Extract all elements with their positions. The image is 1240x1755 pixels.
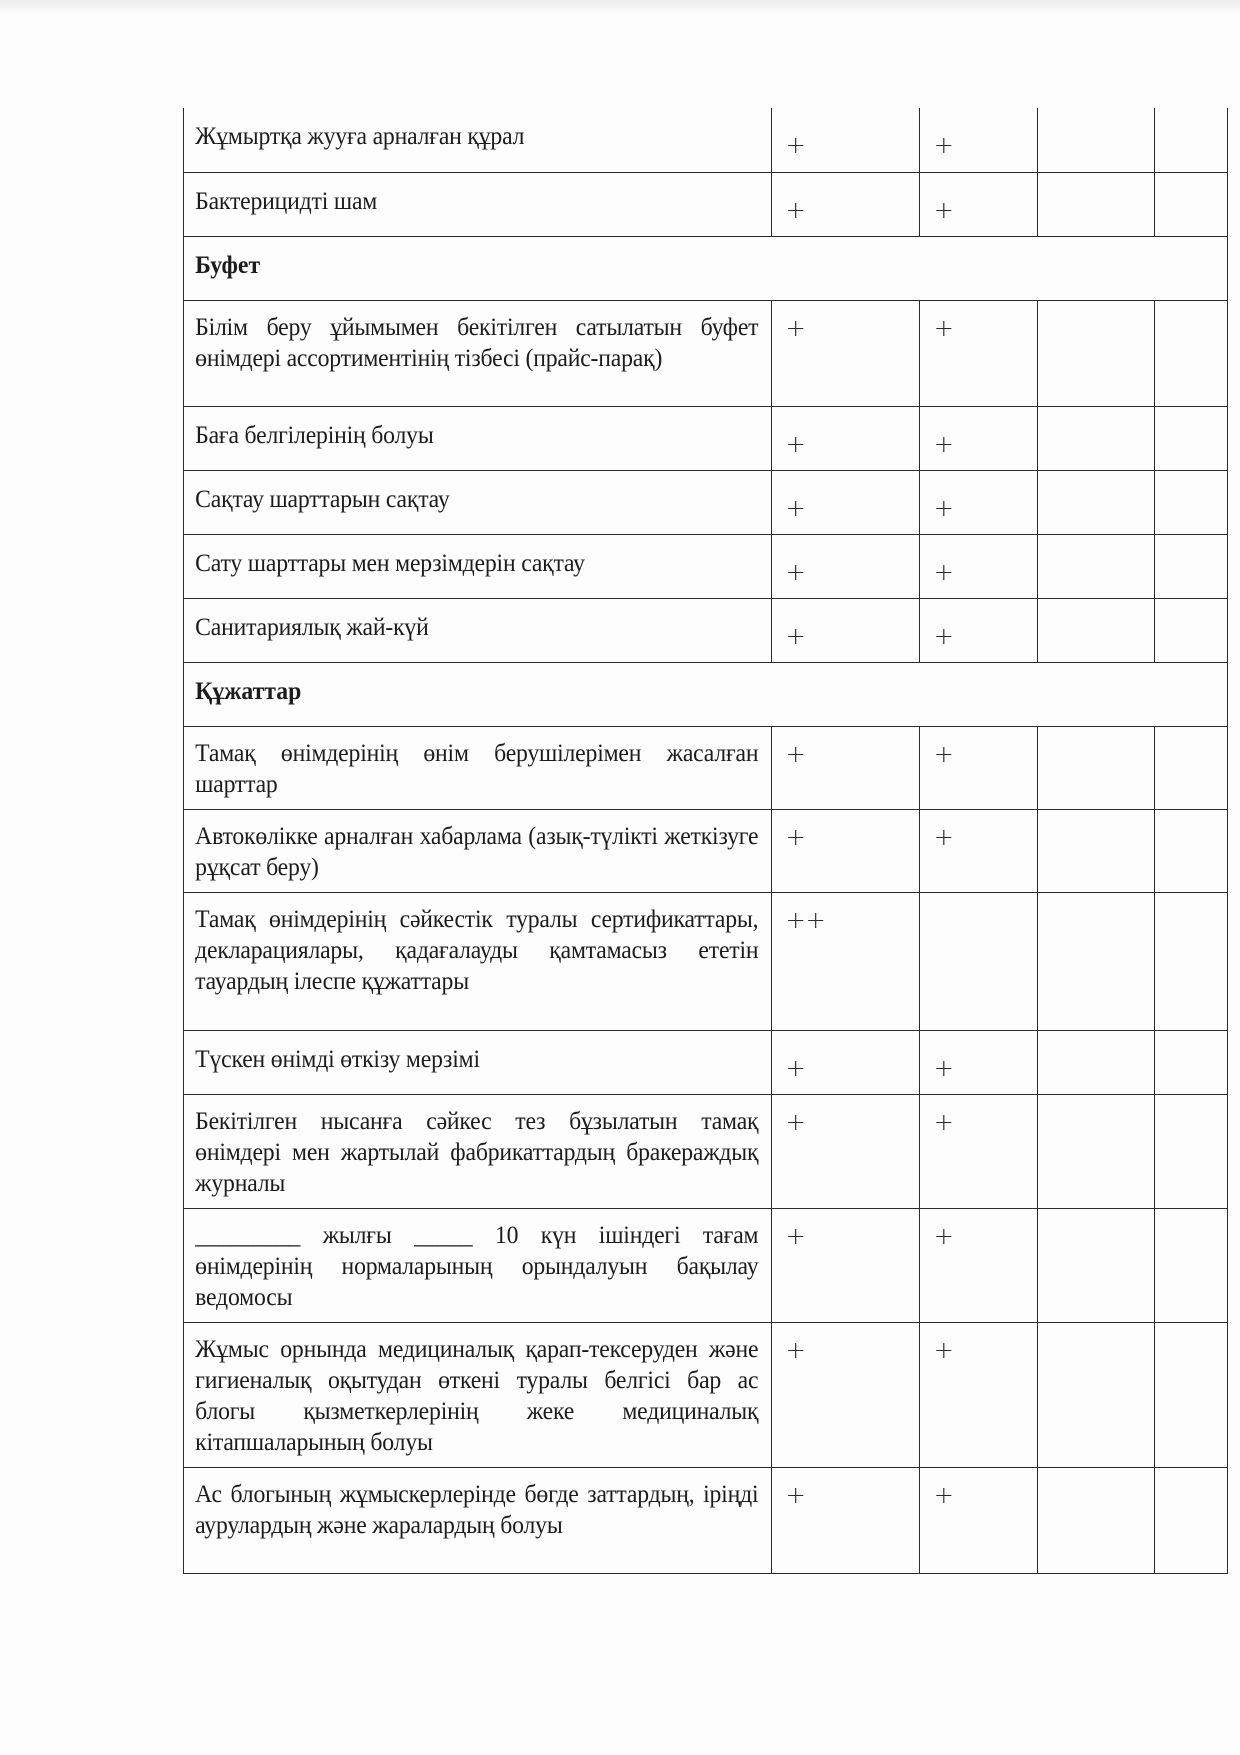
row-description: Баға белгілерінің болуы (184, 406, 772, 470)
row-description: Бекітілген нысанға сәйкес тез бұзылатын … (184, 1094, 772, 1208)
table-row: Тамақ өнімдерінің өнім берушілерімен жас… (184, 726, 1228, 809)
table-row: Баға белгілерінің болуы + + (184, 406, 1228, 470)
mark-cell: + (919, 1322, 1037, 1467)
mark-cell (1037, 598, 1154, 662)
row-description: Сату шарттары мен мерзімдерін сақтау (184, 534, 772, 598)
mark-cell (1154, 1467, 1227, 1573)
mark-cell (1154, 1208, 1227, 1322)
mark-cell: + (771, 1030, 919, 1094)
mark-cell: + (919, 300, 1037, 406)
row-description: Түскен өнімді өткізу мерзімі (184, 1030, 772, 1094)
mark-cell (1037, 1322, 1154, 1467)
section-header-row: Құжаттар (184, 662, 1228, 726)
mark-cell (1037, 470, 1154, 534)
mark-cell (1154, 598, 1227, 662)
mark-cell (1154, 406, 1227, 470)
row-description: Санитариялық жай-күй (184, 598, 772, 662)
mark-cell (1154, 300, 1227, 406)
mark-cell: + (919, 1030, 1037, 1094)
row-description: Ас блогының жұмыскерлерінде бөгде заттар… (184, 1467, 772, 1573)
mark-cell (1037, 172, 1154, 236)
row-description: Тамақ өнімдерінің сәйкестік туралы серти… (184, 892, 772, 1030)
table-row: Бекітілген нысанға сәйкес тез бұзылатын … (184, 1094, 1228, 1208)
mark-cell: + (771, 598, 919, 662)
mark-cell: + (919, 172, 1037, 236)
mark-cell: + (919, 726, 1037, 809)
row-description: Автокөлікке арналған хабарлама (азық-түл… (184, 809, 772, 892)
table-row: Ас блогының жұмыскерлерінде бөгде заттар… (184, 1467, 1228, 1573)
section-header: Құжаттар (184, 662, 1228, 726)
mark-cell (1037, 809, 1154, 892)
table-row: Білім беру ұйымымен бекітілген сатылатын… (184, 300, 1228, 406)
mark-cell: + (919, 1208, 1037, 1322)
mark-cell: + (771, 726, 919, 809)
mark-cell: + (919, 809, 1037, 892)
mark-cell: + (919, 598, 1037, 662)
mark-cell: + (771, 1322, 919, 1467)
mark-cell: + (771, 172, 919, 236)
table-row: Жұмыртқа жууға арналған құрал + + (184, 108, 1228, 172)
row-description: Бактерицидті шам (184, 172, 772, 236)
mark-cell (1037, 1030, 1154, 1094)
mark-cell (1037, 726, 1154, 809)
mark-cell: + (771, 1467, 919, 1573)
mark-cell (1154, 108, 1227, 172)
mark-cell: + (771, 1094, 919, 1208)
mark-cell (1037, 108, 1154, 172)
row-description: Сақтау шарттарын сақтау (184, 470, 772, 534)
mark-cell (1154, 1030, 1227, 1094)
scan-edge (0, 0, 1240, 14)
mark-cell: + (771, 1208, 919, 1322)
table-row: Түскен өнімді өткізу мерзімі + + (184, 1030, 1228, 1094)
mark-cell (1037, 1467, 1154, 1573)
mark-cell (1037, 892, 1154, 1030)
mark-cell (1037, 534, 1154, 598)
checklist-table: Жұмыртқа жууға арналған құрал + + Бактер… (183, 108, 1228, 1574)
mark-cell: + (771, 300, 919, 406)
mark-cell: + (771, 108, 919, 172)
table-row: Сақтау шарттарын сақтау + + (184, 470, 1228, 534)
mark-cell: ++ (771, 892, 919, 1030)
row-description: Жұмыс орнында медициналық қарап-тексеруд… (184, 1322, 772, 1467)
mark-cell (1154, 172, 1227, 236)
table-row: Жұмыс орнында медициналық қарап-тексеруд… (184, 1322, 1228, 1467)
section-header-row: Буфет (184, 236, 1228, 300)
mark-cell (1037, 406, 1154, 470)
table-row: Тамақ өнімдерінің сәйкестік туралы серти… (184, 892, 1228, 1030)
mark-cell: + (771, 406, 919, 470)
row-description: Тамақ өнімдерінің өнім берушілерімен жас… (184, 726, 772, 809)
row-description: Жұмыртқа жууға арналған құрал (184, 108, 772, 172)
mark-cell (1154, 726, 1227, 809)
row-description: Білім беру ұйымымен бекітілген сатылатын… (184, 300, 772, 406)
table-row: Санитариялық жай-күй + + (184, 598, 1228, 662)
mark-cell: + (919, 108, 1037, 172)
table-row: Бактерицидті шам + + (184, 172, 1228, 236)
mark-cell: + (771, 470, 919, 534)
mark-cell (1154, 809, 1227, 892)
table-row: Автокөлікке арналған хабарлама (азық-түл… (184, 809, 1228, 892)
table-row: _________ жылғы _____ 10 күн ішіндегі та… (184, 1208, 1228, 1322)
mark-cell: + (919, 470, 1037, 534)
mark-cell: + (919, 1094, 1037, 1208)
mark-cell: + (919, 534, 1037, 598)
mark-cell (1154, 470, 1227, 534)
section-header: Буфет (184, 236, 1228, 300)
mark-cell (1037, 1208, 1154, 1322)
mark-cell (1154, 1094, 1227, 1208)
mark-cell (1037, 300, 1154, 406)
mark-cell (1154, 534, 1227, 598)
mark-cell: + (771, 534, 919, 598)
mark-cell (1037, 1094, 1154, 1208)
mark-cell (919, 892, 1037, 1030)
mark-cell: + (771, 809, 919, 892)
table-row: Сату шарттары мен мерзімдерін сақтау + + (184, 534, 1228, 598)
row-description: _________ жылғы _____ 10 күн ішіндегі та… (184, 1208, 772, 1322)
mark-cell: + (919, 1467, 1037, 1573)
mark-cell (1154, 1322, 1227, 1467)
mark-cell (1154, 892, 1227, 1030)
mark-cell: + (919, 406, 1037, 470)
